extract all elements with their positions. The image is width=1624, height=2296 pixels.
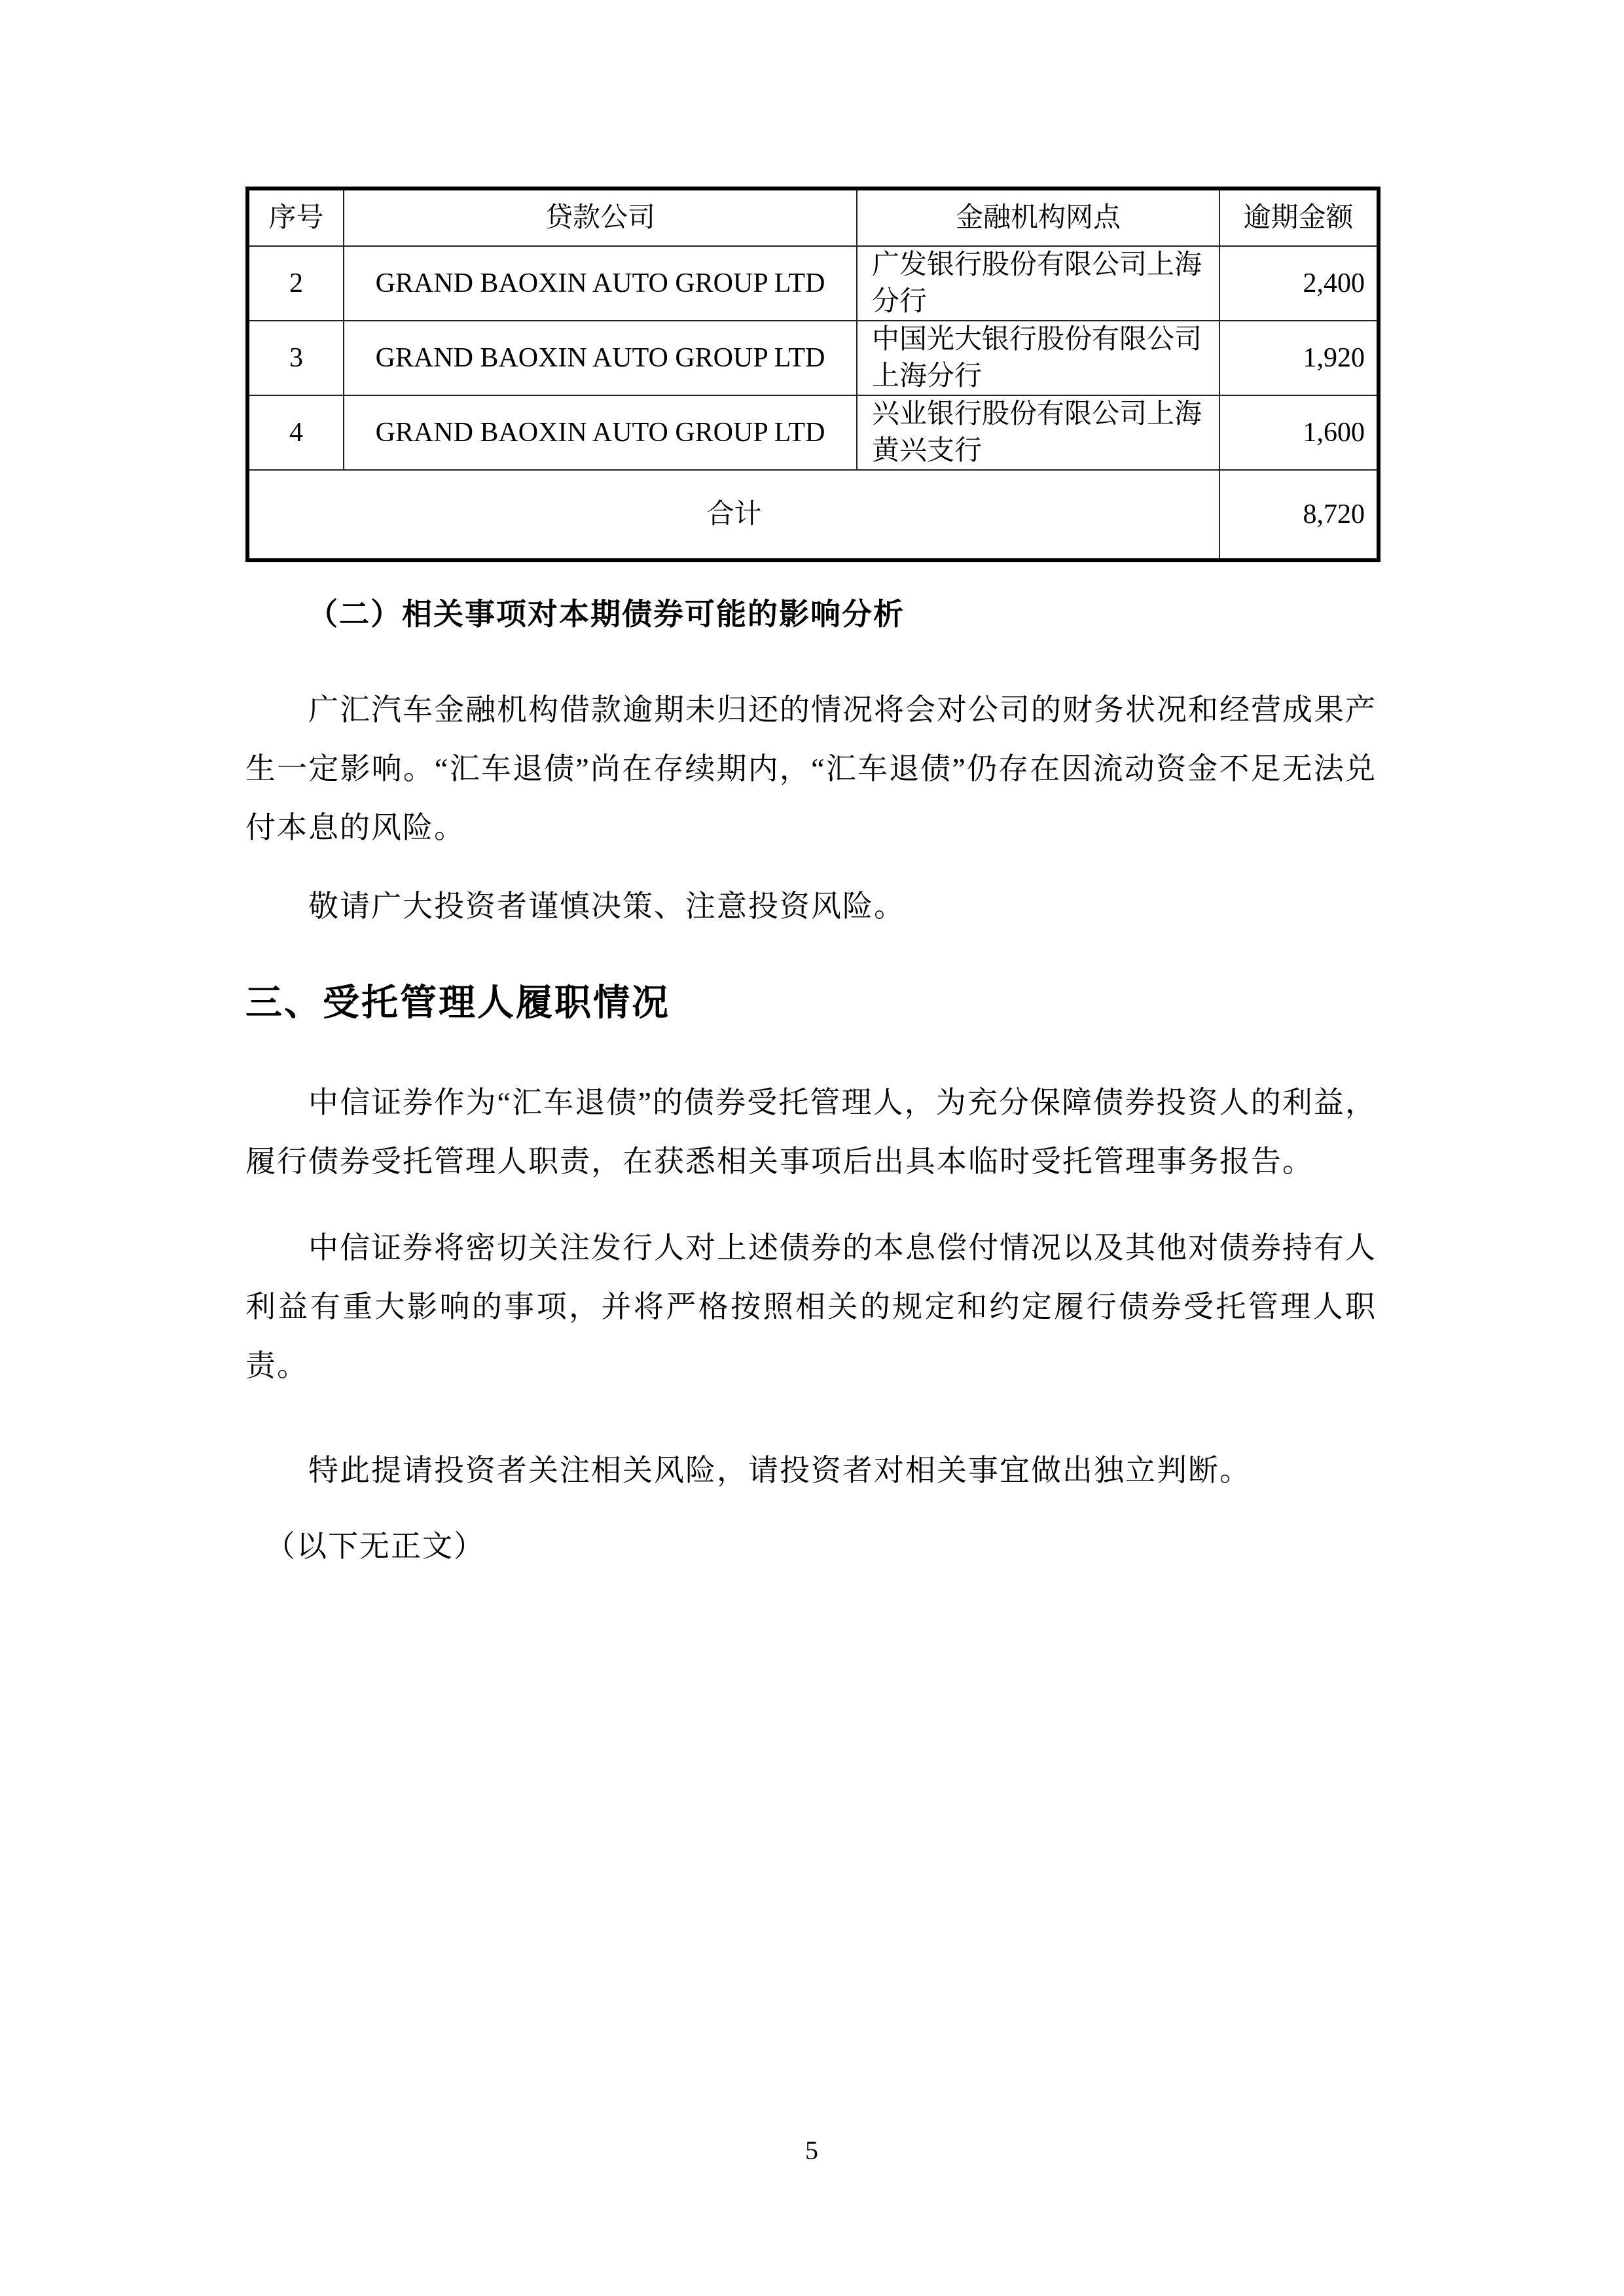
row-amount: 1,920: [1219, 321, 1379, 395]
header-amount: 逾期金额: [1219, 188, 1379, 246]
page-number: 5: [799, 2135, 825, 2166]
total-label: 合计: [247, 470, 1219, 560]
row-company: GRAND BAOXIN AUTO GROUP LTD: [344, 246, 857, 321]
table-header-row: 序号 贷款公司 金融机构网点 逾期金额: [247, 188, 1379, 246]
section-3-paragraph-2: 中信证券将密切关注发行人对上述债券的本息偿付情况以及其他对债券持有人利益有重大影…: [245, 1219, 1377, 1395]
row-company: GRAND BAOXIN AUTO GROUP LTD: [344, 395, 857, 470]
row-institution: 兴业银行股份有限公司上海黄兴支行: [857, 395, 1219, 470]
section-2-paragraph-2: 敬请广大投资者谨慎决策、注意投资风险。: [245, 889, 1377, 924]
table-row: 4 GRAND BAOXIN AUTO GROUP LTD 兴业银行股份有限公司…: [247, 395, 1379, 470]
document-page: 序号 贷款公司 金融机构网点 逾期金额 2 GRAND BAOXIN AUTO …: [0, 0, 1624, 2296]
row-amount: 2,400: [1219, 246, 1379, 321]
row-institution: 中国光大银行股份有限公司上海分行: [857, 321, 1219, 395]
row-company: GRAND BAOXIN AUTO GROUP LTD: [344, 321, 857, 395]
section-2-heading: （二）相关事项对本期债券可能的影响分析: [308, 597, 1439, 632]
row-index: 2: [247, 246, 344, 321]
row-index: 3: [247, 321, 344, 395]
total-amount: 8,720: [1219, 470, 1379, 560]
header-index: 序号: [247, 188, 344, 246]
section-3-heading: 三、受托管理人履职情况: [245, 986, 1377, 1021]
table-row: 2 GRAND BAOXIN AUTO GROUP LTD 广发银行股份有限公司…: [247, 246, 1379, 321]
section-2-paragraph-1: 广汇汽车金融机构借款逾期未归还的情况将会对公司的财务状况和经营成果产生一定影响。…: [245, 681, 1377, 857]
end-of-text-note: （以下无正文）: [265, 1529, 1396, 1564]
overdue-loans-table: 序号 贷款公司 金融机构网点 逾期金额 2 GRAND BAOXIN AUTO …: [245, 187, 1380, 562]
section-3-paragraph-3: 特此提请投资者关注相关风险，请投资者对相关事宜做出独立判断。: [245, 1453, 1377, 1488]
section-3-paragraph-1: 中信证券作为“汇车退债”的债券受托管理人，为充分保障债券投资人的利益，履行债券受…: [245, 1073, 1377, 1191]
row-institution: 广发银行股份有限公司上海分行: [857, 246, 1219, 321]
header-institution: 金融机构网点: [857, 188, 1219, 246]
row-index: 4: [247, 395, 344, 470]
header-company: 贷款公司: [344, 188, 857, 246]
table-row: 3 GRAND BAOXIN AUTO GROUP LTD 中国光大银行股份有限…: [247, 321, 1379, 395]
row-amount: 1,600: [1219, 395, 1379, 470]
table-total-row: 合计 8,720: [247, 470, 1379, 560]
